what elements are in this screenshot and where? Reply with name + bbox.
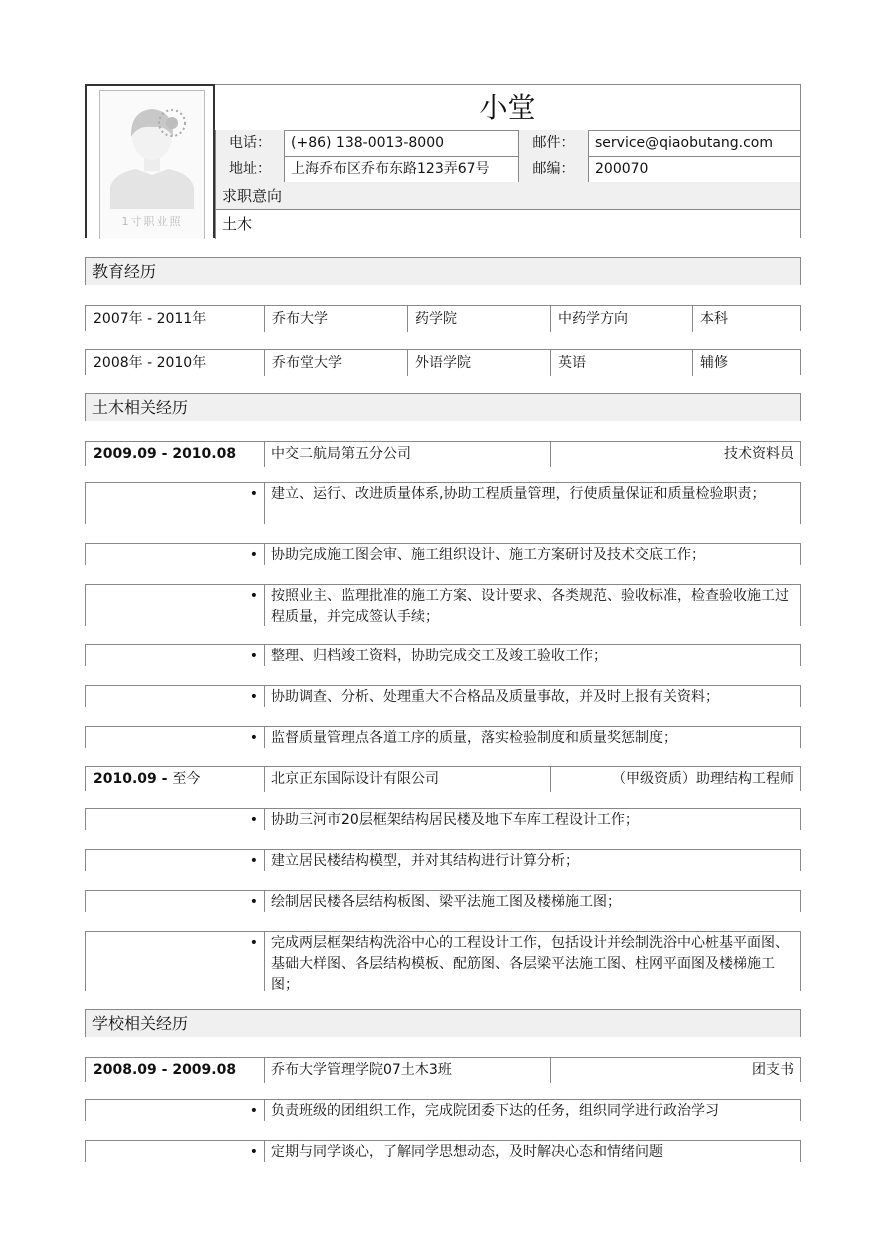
bullet-text: 建立居民楼结构模型，并对其结构进行计算分析； bbox=[264, 850, 800, 871]
bullet-text: 监督质量管理点各道工序的质量，落实检验制度和质量奖惩制度； bbox=[264, 727, 800, 748]
bullet-row: • 协助完成施工图会审、施工组织设计、施工方案研讨及技术交底工作； bbox=[85, 543, 801, 565]
job-period: 2010.09 - 至今 bbox=[86, 767, 264, 792]
bullet-row: • 按照业主、监理批准的施工方案、设计要求、各类规范、验收标准，检查验收施工过程… bbox=[85, 584, 801, 626]
edu-school: 乔布大学 bbox=[264, 306, 407, 332]
bullet-row: • 建立居民楼结构模型，并对其结构进行计算分析； bbox=[85, 849, 801, 871]
bullet-text: 按照业主、监理批准的施工方案、设计要求、各类规范、验收标准，检查验收施工过程质量… bbox=[264, 585, 800, 626]
bullet-icon: • bbox=[86, 891, 264, 912]
bullet-text: 整理、归档竣工资料，协助完成交工及竣工验收工作； bbox=[264, 645, 800, 666]
job-period-text: 2009.09 - 2010.08 bbox=[93, 446, 236, 462]
job-header-row: 2009.09 - 2010.08 中交二航局第五分公司 技术资料员 bbox=[85, 441, 801, 466]
edu-college: 外语学院 bbox=[407, 350, 550, 376]
section-school-heading: 学校相关经历 bbox=[85, 1009, 801, 1037]
bullet-icon: • bbox=[86, 850, 264, 871]
photo-frame: 1寸职业照 bbox=[85, 84, 215, 238]
job-organization: 北京正东国际设计有限公司 bbox=[264, 767, 550, 792]
education-row: 2008年 - 2010年 乔布堂大学 外语学院 英语 辅修 bbox=[85, 349, 801, 375]
contact-row-phone: 电话： (+86) 138-0013-8000 邮件： service@qiao… bbox=[215, 130, 800, 157]
section-civil-heading: 土木相关经历 bbox=[85, 393, 801, 421]
bullet-icon: • bbox=[86, 809, 264, 830]
job-period-text: 2010.09 - bbox=[93, 771, 172, 787]
bullet-icon: • bbox=[86, 932, 264, 991]
bullet-row: • 协助调查、分析、处理重大不合格品及质量事故，并及时上报有关资料； bbox=[85, 685, 801, 707]
profile-photo-placeholder: 1寸职业照 bbox=[99, 90, 205, 239]
bullet-text: 协助调查、分析、处理重大不合格品及质量事故，并及时上报有关资料； bbox=[264, 686, 800, 707]
bullet-icon: • bbox=[86, 645, 264, 666]
bullet-icon: • bbox=[86, 686, 264, 707]
zip-value: 200070 bbox=[589, 156, 801, 182]
bullet-row: • 协助三河市20层框架结构居民楼及地下车库工程设计工作； bbox=[85, 808, 801, 830]
job-period-end: 至今 bbox=[172, 771, 200, 787]
person-silhouette-icon bbox=[100, 91, 204, 211]
bullet-row: • 定期与同学谈心，了解同学思想动态，及时解决心态和情绪问题 bbox=[85, 1140, 801, 1162]
bullet-icon: • bbox=[86, 544, 264, 565]
bullet-text: 负责班级的团组织工作，完成院团委下达的任务，组织同学进行政治学习 bbox=[264, 1100, 800, 1121]
zip-label: 邮编： bbox=[518, 156, 589, 182]
edu-school: 乔布堂大学 bbox=[264, 350, 407, 376]
bullet-icon: • bbox=[86, 585, 264, 626]
job-header-row: 2010.09 - 至今 北京正东国际设计有限公司 （甲级资质）助理结构工程师 bbox=[85, 766, 801, 791]
bullet-text: 协助完成施工图会审、施工组织设计、施工方案研讨及技术交底工作； bbox=[264, 544, 800, 565]
candidate-name: 小堂 bbox=[215, 85, 800, 131]
email-value[interactable]: service@qiaobutang.com bbox=[589, 130, 801, 156]
bullet-text: 完成两层框架结构洗浴中心的工程设计工作，包括设计并绘制洗浴中心桩基平面图、基础大… bbox=[264, 932, 800, 991]
phone-label: 电话： bbox=[215, 130, 285, 156]
bullet-icon: • bbox=[86, 727, 264, 748]
job-role: （甲级资质）助理结构工程师 bbox=[550, 767, 800, 792]
bullet-icon: • bbox=[86, 483, 264, 524]
job-period: 2008.09 - 2009.08 bbox=[86, 1058, 264, 1083]
edu-college: 药学院 bbox=[407, 306, 550, 332]
bullet-text: 建立、运行、改进质量体系,协助工程质量管理，行使质量保证和质量检验职责； bbox=[264, 483, 800, 524]
address-label: 地址： bbox=[215, 156, 285, 182]
bullet-row: • 绘制居民楼各层结构板图、梁平法施工图及楼梯施工图； bbox=[85, 890, 801, 912]
bullet-icon: • bbox=[86, 1141, 264, 1162]
edu-major: 英语 bbox=[550, 350, 692, 376]
bullet-row: • 建立、运行、改进质量体系,协助工程质量管理，行使质量保证和质量检验职责； bbox=[85, 482, 801, 524]
job-organization: 乔布大学管理学院07土木3班 bbox=[264, 1058, 550, 1083]
job-header-row: 2008.09 - 2009.08 乔布大学管理学院07土木3班 团支书 bbox=[85, 1057, 801, 1082]
photo-caption: 1寸职业照 bbox=[100, 213, 204, 229]
contact-table: 小堂 电话： (+86) 138-0013-8000 邮件： service@q… bbox=[215, 84, 801, 238]
bullet-text: 定期与同学谈心，了解同学思想动态，及时解决心态和情绪问题 bbox=[264, 1141, 800, 1162]
bullet-icon: • bbox=[86, 1100, 264, 1121]
contact-row-address: 地址： 上海乔布区乔布东路123弄67号 邮编： 200070 bbox=[215, 156, 800, 183]
phone-value: (+86) 138-0013-8000 bbox=[285, 130, 518, 156]
edu-degree: 辅修 bbox=[692, 350, 800, 376]
email-label: 邮件： bbox=[518, 130, 589, 156]
job-intent-value: 土木 bbox=[215, 210, 800, 239]
job-role: 团支书 bbox=[550, 1058, 800, 1083]
bullet-row: • 完成两层框架结构洗浴中心的工程设计工作，包括设计并绘制洗浴中心桩基平面图、基… bbox=[85, 931, 801, 991]
edu-period: 2008年 - 2010年 bbox=[86, 350, 264, 376]
job-role: 技术资料员 bbox=[550, 442, 800, 467]
section-education-heading: 教育经历 bbox=[85, 257, 801, 285]
edu-major: 中药学方向 bbox=[550, 306, 692, 332]
bullet-text: 协助三河市20层框架结构居民楼及地下车库工程设计工作； bbox=[264, 809, 800, 830]
education-row: 2007年 - 2011年 乔布大学 药学院 中药学方向 本科 bbox=[85, 305, 801, 331]
bullet-row: • 监督质量管理点各道工序的质量，落实检验制度和质量奖惩制度； bbox=[85, 726, 801, 748]
edu-period: 2007年 - 2011年 bbox=[86, 306, 264, 332]
address-value: 上海乔布区乔布东路123弄67号 bbox=[285, 156, 518, 182]
bullet-row: • 负责班级的团组织工作，完成院团委下达的任务，组织同学进行政治学习 bbox=[85, 1099, 801, 1121]
job-intent-heading: 求职意向 bbox=[215, 182, 800, 210]
job-period: 2009.09 - 2010.08 bbox=[86, 442, 264, 467]
edu-degree: 本科 bbox=[692, 306, 800, 332]
bullet-text: 绘制居民楼各层结构板图、梁平法施工图及楼梯施工图； bbox=[264, 891, 800, 912]
job-organization: 中交二航局第五分公司 bbox=[264, 442, 550, 467]
bullet-row: • 整理、归档竣工资料，协助完成交工及竣工验收工作； bbox=[85, 644, 801, 666]
